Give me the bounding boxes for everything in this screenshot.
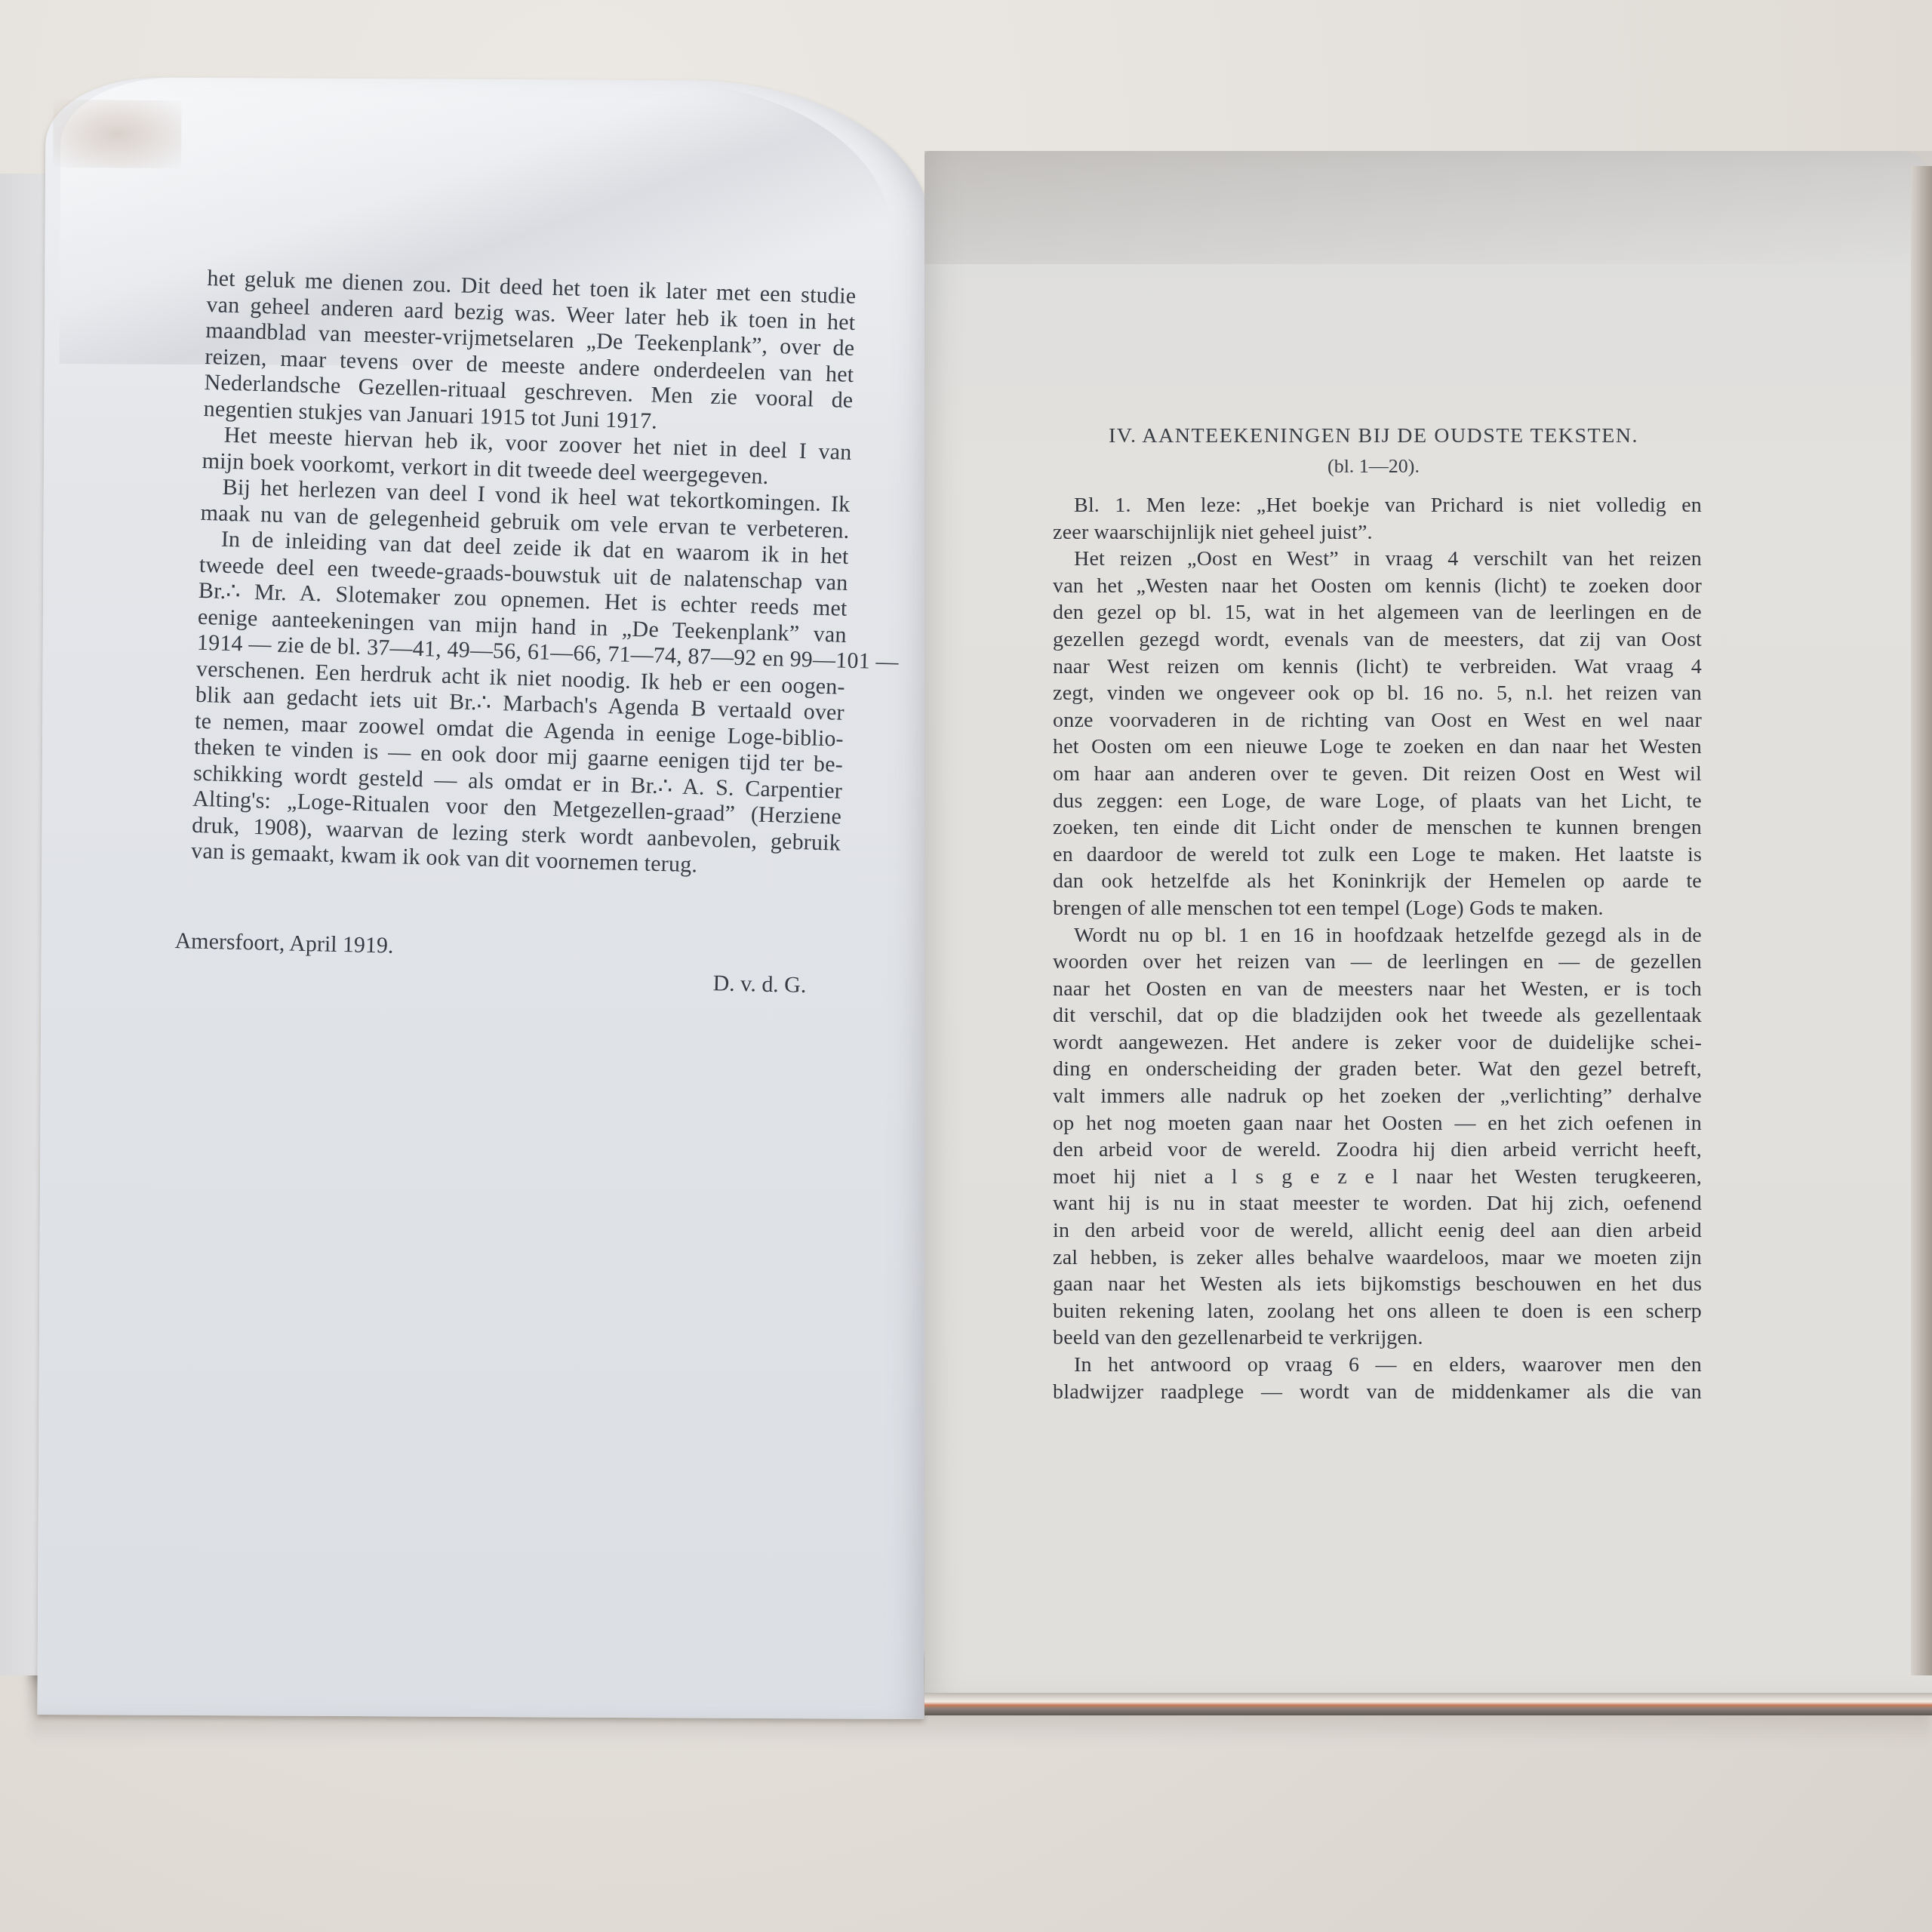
text-line: van het „Westen naar het Oosten om kenni… xyxy=(1053,573,1702,600)
text-line: Bl. 1. Men leze: „Het boekje van Prichar… xyxy=(1053,492,1702,519)
text-line: op het nog moeten gaan naar het Oosten —… xyxy=(1053,1110,1702,1137)
text-line: beeld van den gezellenarbeid te verkrijg… xyxy=(1053,1324,1702,1352)
page-stack-edge xyxy=(1911,166,1932,1675)
text-line: dan ook hetzelfde als het Koninkrijk der… xyxy=(1053,868,1702,895)
text-line: om haar aan anderen over te geven. Dit r… xyxy=(1053,761,1702,788)
text-line: wordt aangewezen. Het andere is zeker vo… xyxy=(1053,1029,1702,1057)
text-line: valt immers alle nadruk op het zoeken de… xyxy=(1053,1083,1702,1110)
left-page-body: het geluk me dienen zou. Dit deed het to… xyxy=(191,266,857,882)
place-date: Amersfoort, April 1919. xyxy=(174,928,394,959)
text-line: zoeken, ten einde dit Licht onder de men… xyxy=(1053,814,1702,841)
text-line: buiten rekening laten, zoolang het ons a… xyxy=(1053,1298,1702,1325)
chapter-heading: IV. AANTEEKENINGEN BIJ DE OUDSTE TEKSTEN… xyxy=(1057,424,1690,448)
author-signature: D. v. d. G. xyxy=(712,971,807,998)
text-line: zeer waarschijnlijk niet geheel juist”. xyxy=(1053,519,1702,546)
text-line: het Oosten om een nieuwe Loge te zoeken … xyxy=(1053,734,1702,761)
page-crease xyxy=(924,151,1932,264)
chapter-page-range: (bl. 1—20). xyxy=(1057,455,1690,478)
text-line: gaan naar het Westen als iets bijkomstig… xyxy=(1053,1271,1702,1298)
text-line: woorden over het reizen van — de leerlin… xyxy=(1053,949,1702,976)
text-line: onze voorvaderen in de richting van Oost… xyxy=(1053,707,1702,734)
text-line: in den arbeid voor de wereld, allicht ee… xyxy=(1053,1217,1702,1244)
text-line: moet hij niet a l s g e z e l naar het W… xyxy=(1053,1164,1702,1191)
text-line: ding en onderscheiding der graden beter.… xyxy=(1053,1056,1702,1083)
text-line: Het reizen „Oost en West” in vraag 4 ver… xyxy=(1053,546,1702,573)
text-line: dus zeggen: een Loge, de ware Loge, of p… xyxy=(1053,788,1702,815)
text-line: en daardoor de wereld tot zulk een Loge … xyxy=(1053,841,1702,869)
text-line: den arbeid voor de wereld. Zoodra hij di… xyxy=(1053,1137,1702,1164)
text-line: brengen of alle menschen tot een tempel … xyxy=(1053,895,1702,922)
text-line: want hij is nu in staat meester te worde… xyxy=(1053,1190,1702,1217)
text-line: gezellen gezegd wordt, evenals van de me… xyxy=(1053,626,1702,654)
text-line: zegt, vinden we ongeveer ook op bl. 16 n… xyxy=(1053,680,1702,707)
text-line: In het antwoord op vraag 6 — en elders, … xyxy=(1053,1352,1702,1379)
text-line: dit verschil, dat op die bladzijden ook … xyxy=(1053,1002,1702,1029)
text-line: bladwijzer raadplege — wordt van de midd… xyxy=(1053,1379,1702,1406)
right-page-body: Bl. 1. Men leze: „Het boekje van Prichar… xyxy=(1053,492,1702,1405)
text-line: den gezel op bl. 15, wat in het algemeen… xyxy=(1053,599,1702,626)
text-line: zal hebben, is zeker alles behalve waard… xyxy=(1053,1244,1702,1272)
text-line: naar West reizen om kennis (licht) te ve… xyxy=(1053,654,1702,681)
page-bottom-edge xyxy=(924,1693,1932,1715)
text-line: naar het Oosten en van de meesters naar … xyxy=(1053,976,1702,1003)
text-line: Wordt nu op bl. 1 en 16 in hoofdzaak het… xyxy=(1053,922,1702,949)
